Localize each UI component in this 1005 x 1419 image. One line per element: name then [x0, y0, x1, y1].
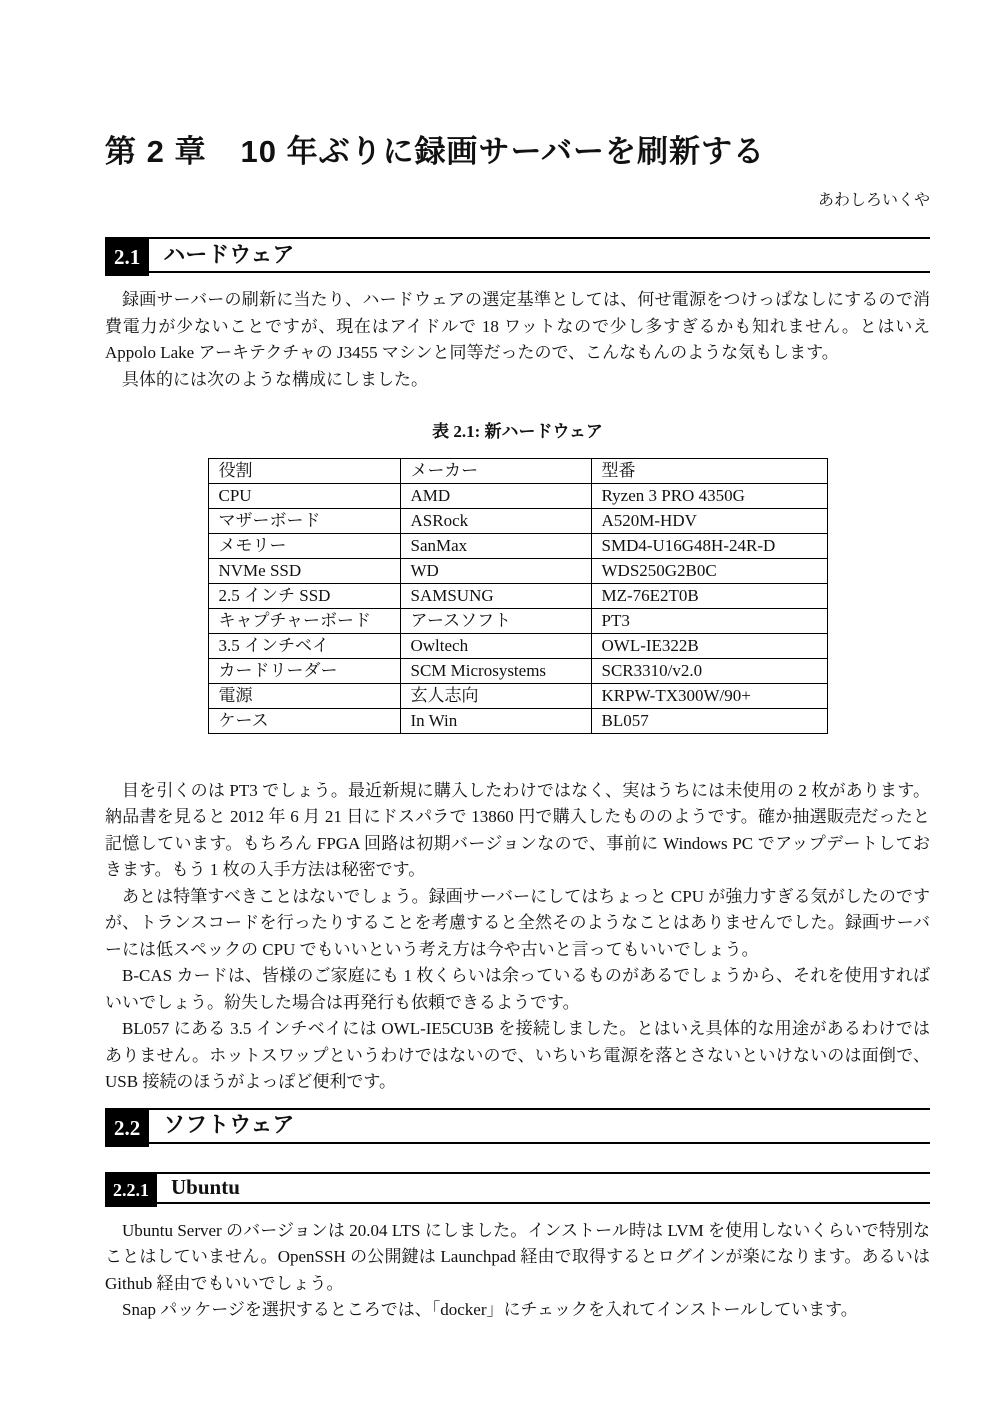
table-cell: マザーボード	[208, 508, 400, 533]
table-cell: CPU	[208, 483, 400, 508]
subsection-title: Ubuntu	[171, 1174, 240, 1201]
table-row: マザーボード ASRock A520M-HDV	[208, 508, 827, 533]
table-cell: カードリーダー	[208, 658, 400, 683]
document-page: 第 2 章10 年ぶりに録画サーバーを刷新する あわしろいくや 2.1 ハードウ…	[0, 0, 1005, 1419]
table-cell: WD	[400, 558, 591, 583]
column-header-role: 役割	[208, 458, 400, 483]
section-number-badge: 2.1	[105, 239, 149, 276]
table-cell: OWL-IE322B	[591, 633, 827, 658]
table-cell: 玄人志向	[400, 683, 591, 708]
table-cell: SMD4-U16G48H-24R-D	[591, 533, 827, 558]
table-row: メモリー SanMax SMD4-U16G48H-24R-D	[208, 533, 827, 558]
table-cell: BL057	[591, 708, 827, 733]
section-number-badge: 2.2	[105, 1110, 149, 1147]
table-cell: NVMe SSD	[208, 558, 400, 583]
table-cell: 電源	[208, 683, 400, 708]
subsection-heading-ubuntu: 2.2.1 Ubuntu	[105, 1172, 930, 1204]
section-title: ソフトウェア	[163, 1112, 294, 1139]
table-caption: 表 2.1: 新ハードウェア	[105, 419, 930, 446]
column-header-maker: メーカー	[400, 458, 591, 483]
table-row: 2.5 インチ SSD SAMSUNG MZ-76E2T0B	[208, 583, 827, 608]
table-cell: SanMax	[400, 533, 591, 558]
table-cell: SAMSUNG	[400, 583, 591, 608]
author-name: あわしろいくや	[105, 190, 930, 211]
chapter-title-text: 10 年ぶりに録画サーバーを刷新する	[240, 134, 765, 169]
table-cell: KRPW-TX300W/90+	[591, 683, 827, 708]
section-heading-hardware: 2.1 ハードウェア	[105, 237, 930, 273]
paragraph: 録画サーバーの刷新に当たり、ハードウェアの選定基準としては、何せ電源をつけっぱな…	[105, 287, 930, 367]
column-header-model: 型番	[591, 458, 827, 483]
table-cell: Ryzen 3 PRO 4350G	[591, 483, 827, 508]
table-cell: SCM Microsystems	[400, 658, 591, 683]
table-cell: WDS250G2B0C	[591, 558, 827, 583]
table-cell: MZ-76E2T0B	[591, 583, 827, 608]
table-cell: PT3	[591, 608, 827, 633]
table-row: 3.5 インチベイ Owltech OWL-IE322B	[208, 633, 827, 658]
table-header-row: 役割 メーカー 型番	[208, 458, 827, 483]
section-heading-software: 2.2 ソフトウェア	[105, 1108, 930, 1144]
table-cell: SCR3310/v2.0	[591, 658, 827, 683]
table-row: ケース In Win BL057	[208, 708, 827, 733]
table-cell: A520M-HDV	[591, 508, 827, 533]
table-cell: AMD	[400, 483, 591, 508]
table-cell: アースソフト	[400, 608, 591, 633]
table-cell: キャプチャーボード	[208, 608, 400, 633]
table-cell: Owltech	[400, 633, 591, 658]
chapter-title: 第 2 章10 年ぶりに録画サーバーを刷新する	[105, 132, 930, 172]
table-row: CPU AMD Ryzen 3 PRO 4350G	[208, 483, 827, 508]
chapter-number: 第 2 章	[105, 134, 206, 169]
paragraph: BL057 にある 3.5 インチベイには OWL-IE5CU3B を接続しまし…	[105, 1016, 930, 1096]
section-title: ハードウェア	[163, 242, 294, 269]
table-row: 電源 玄人志向 KRPW-TX300W/90+	[208, 683, 827, 708]
table-cell: ASRock	[400, 508, 591, 533]
paragraph: 具体的には次のような構成にしました。	[105, 367, 930, 394]
table-cell: メモリー	[208, 533, 400, 558]
table-row: キャプチャーボード アースソフト PT3	[208, 608, 827, 633]
subsection-number-badge: 2.2.1	[105, 1174, 157, 1207]
hardware-table: 役割 メーカー 型番 CPU AMD Ryzen 3 PRO 4350G マザー…	[208, 458, 828, 734]
paragraph: Ubuntu Server のバージョンは 20.04 LTS にしました。イン…	[105, 1218, 930, 1298]
paragraph: Snap パッケージを選択するところでは、「docker」にチェックを入れてイン…	[105, 1297, 930, 1324]
paragraph: あとは特筆すべきことはないでしょう。録画サーバーにしてはちょっと CPU が強力…	[105, 884, 930, 964]
table-cell: 3.5 インチベイ	[208, 633, 400, 658]
paragraph: B-CAS カードは、皆様のご家庭にも 1 枚くらいは余っているものがあるでしょ…	[105, 963, 930, 1016]
paragraph: 目を引くのは PT3 でしょう。最近新規に購入したわけではなく、実はうちには未使…	[105, 778, 930, 884]
table-row: カードリーダー SCM Microsystems SCR3310/v2.0	[208, 658, 827, 683]
table-row: NVMe SSD WD WDS250G2B0C	[208, 558, 827, 583]
table-cell: In Win	[400, 708, 591, 733]
table-cell: 2.5 インチ SSD	[208, 583, 400, 608]
table-cell: ケース	[208, 708, 400, 733]
